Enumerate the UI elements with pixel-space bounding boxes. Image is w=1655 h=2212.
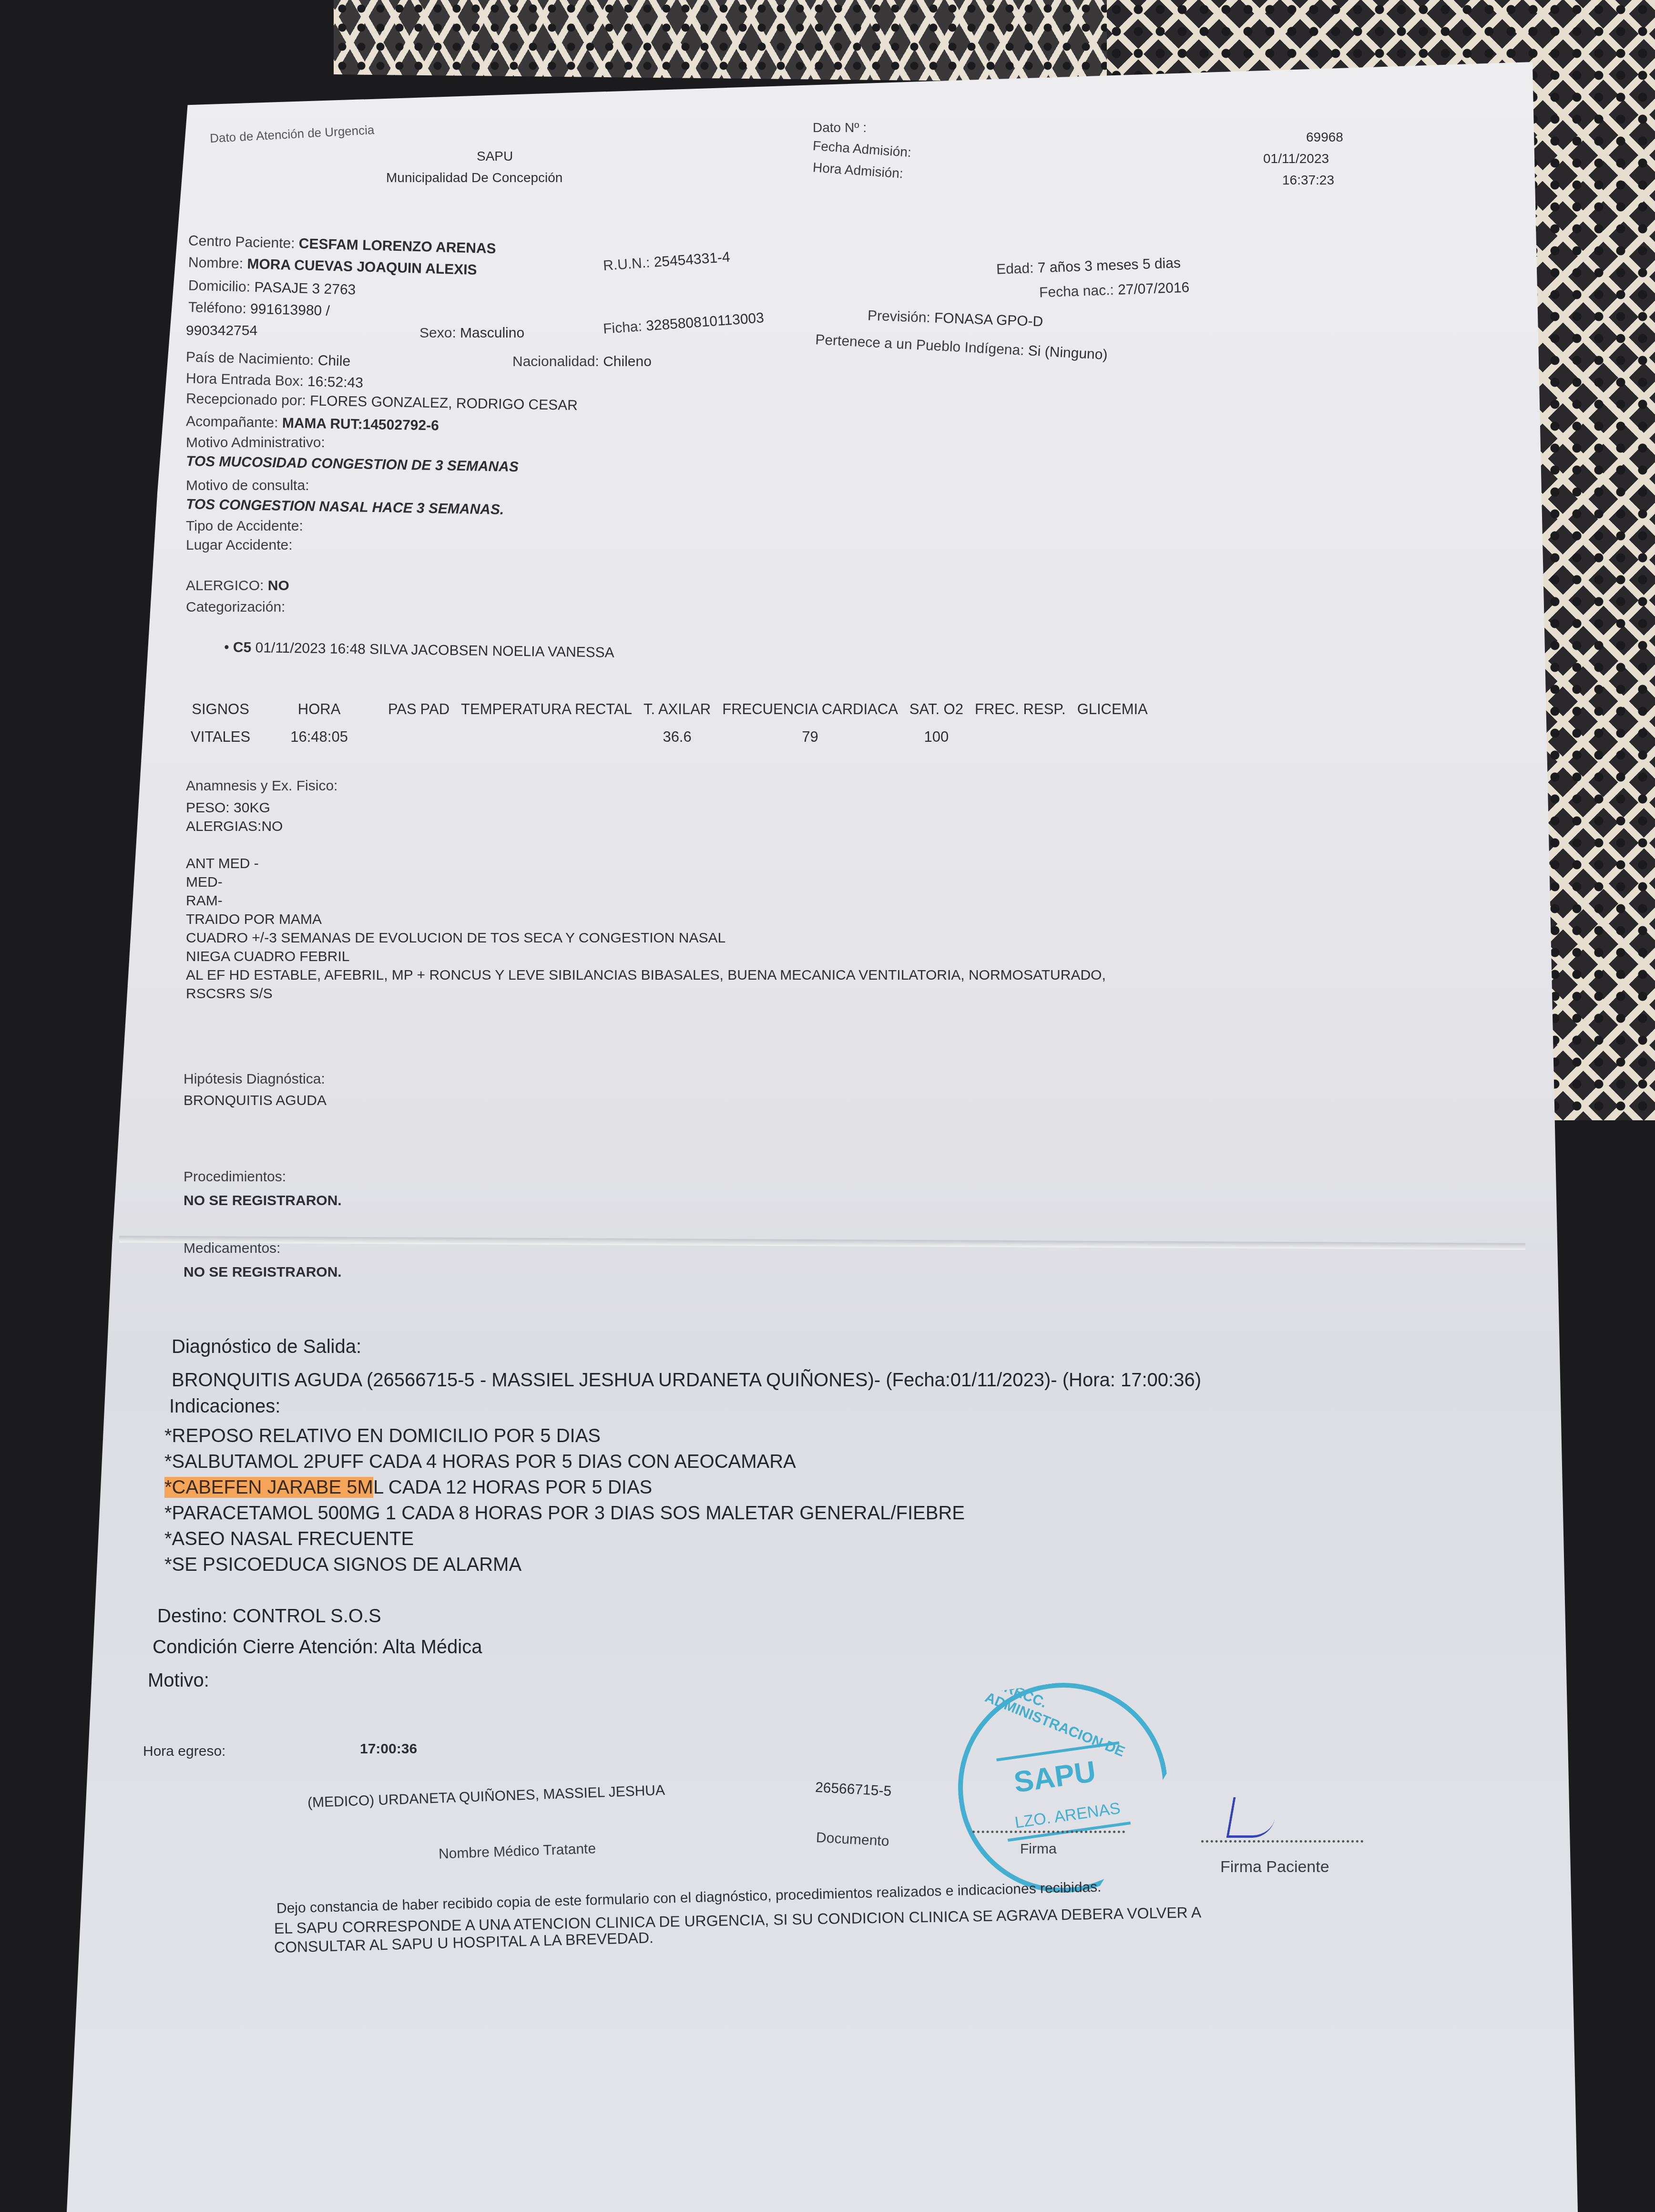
fecha-nac-value: 27/07/2016 <box>1118 280 1190 298</box>
vitals-pad <box>420 728 461 756</box>
vitals-temp-rectal <box>461 728 644 756</box>
highlighted-text: *CABEFEN JARABE 5M <box>164 1477 373 1498</box>
hora-box-label: Hora Entrada Box: <box>186 370 304 389</box>
nombre-label: Nombre: <box>188 255 244 272</box>
hora-box-value: 16:52:43 <box>307 374 364 391</box>
anamnesis-line: RAM- <box>186 891 1106 910</box>
vitals-header: HORA <box>262 701 359 728</box>
ficha-label: Ficha: <box>603 318 643 337</box>
anamnesis-line: PESO: 30KG <box>186 799 1106 817</box>
pais-value: Chile <box>317 353 350 369</box>
telefono-value-1: 991613980 / <box>250 301 330 319</box>
acompanante-value: MAMA RUT:14502792-6 <box>282 415 439 434</box>
vitals-row-label: VITALES <box>191 728 262 756</box>
edad-label: Edad: <box>996 260 1034 277</box>
nacionalidad-label: Nacionalidad: <box>512 354 599 369</box>
vitals-resp-rate <box>975 728 1077 756</box>
vitals-header-row: SIGNOS HORA PAS PAD TEMPERATURA RECTAL T… <box>191 701 1159 728</box>
anamnesis-text: PESO: 30KGALERGIAS:NO ANT MED -MED-RAM-T… <box>186 799 1106 1003</box>
indicacion-item: *REPOSO RELATIVO EN DOMICILIO POR 5 DIAS <box>164 1423 965 1449</box>
condicion-label: Condición Cierre Atención: <box>153 1637 378 1658</box>
fecha-admision-value: 01/11/2023 <box>1263 150 1329 167</box>
firma-line <box>972 1831 1125 1833</box>
vitals-header: GLICEMIA <box>1077 701 1159 728</box>
vitals-glicemia <box>1077 728 1159 756</box>
indicacion-item: *SE PSICOEDUCA SIGNOS DE ALARMA <box>164 1552 965 1577</box>
indicaciones-label: Indicaciones: <box>169 1394 280 1418</box>
hora-egreso-value: 17:00:36 <box>360 1740 417 1758</box>
procedimientos-value: NO SE REGISTRARON. <box>184 1192 342 1210</box>
categorizacion-label: Categorización: <box>186 598 285 616</box>
domicilio-value: PASAJE 3 2763 <box>254 279 356 298</box>
anamnesis-line <box>186 836 1106 854</box>
anamnesis-line: CUADRO +/-3 SEMANAS DE EVOLUCION DE TOS … <box>186 929 1106 947</box>
prevision-label: Previsión: <box>868 308 931 326</box>
destino-value: CONTROL S.O.S <box>233 1606 381 1627</box>
destino-label: Destino: <box>157 1606 227 1627</box>
dato-label: Dato Nº : <box>813 119 867 136</box>
vitals-heart-rate: 79 <box>722 728 909 756</box>
domicilio-label: Domicilio: <box>188 277 251 295</box>
firma-paciente-label: Firma Paciente <box>1220 1857 1329 1877</box>
motivo-admin-label: Motivo Administrativo: <box>186 434 325 452</box>
hora-admision-value: 16:37:23 <box>1282 172 1334 188</box>
salida-value: BRONQUITIS AGUDA (26566715-5 - MASSIEL J… <box>172 1368 1201 1392</box>
anamnesis-label: Anamnesis y Ex. Fisico: <box>186 777 337 795</box>
pueblo-value: Si (Ninguno) <box>1028 343 1108 363</box>
telefono-value-2: 990342754 <box>186 322 257 340</box>
procedimientos-label: Procedimientos: <box>184 1168 286 1186</box>
indicacion-rest: L CADA 12 HORAS POR 5 DIAS <box>373 1477 652 1498</box>
categorizacion-level: C5 <box>233 640 252 656</box>
anamnesis-line: ANT MED - <box>186 854 1106 873</box>
recepcionado-value: FLORES GONZALEZ, RODRIGO CESAR <box>310 393 578 413</box>
pais-label: País de Nacimiento: <box>186 349 314 368</box>
vitals-header: TEMPERATURA RECTAL <box>461 701 644 728</box>
anamnesis-line: AL EF HD ESTABLE, AFEBRIL, MP + RONCUS Y… <box>186 966 1106 984</box>
vitals-header: FRECUENCIA CARDIACA <box>722 701 909 728</box>
vital-signs-table: SIGNOS HORA PAS PAD TEMPERATURA RECTAL T… <box>191 701 1159 756</box>
anamnesis-line: TRAIDO POR MAMA <box>186 910 1106 929</box>
vitals-value-row: VITALES 16:48:05 36.6 79 100 <box>191 728 1159 756</box>
vitals-temp-axilar: 36.6 <box>644 728 722 756</box>
tipo-accidente-label: Tipo de Accidente: <box>186 517 303 535</box>
recepcionado-label: Recepcionado por: <box>186 391 306 409</box>
vitals-sat-o2: 100 <box>909 728 975 756</box>
centro-label: Centro Paciente: <box>188 233 295 252</box>
vitals-header: PAS <box>359 701 420 728</box>
municipality-name: Municipalidad De Concepción <box>386 169 562 186</box>
medicamentos-label: Medicamentos: <box>184 1239 280 1258</box>
vitals-hora: 16:48:05 <box>262 728 359 756</box>
condicion-value: Alta Médica <box>383 1637 482 1658</box>
telefono-label: Teléfono: <box>188 299 247 317</box>
firma-paciente-line <box>1201 1840 1363 1843</box>
indicacion-item-highlighted: *CABEFEN JARABE 5ML CADA 12 HORAS POR 5 … <box>164 1475 965 1500</box>
nacionalidad-value: Chileno <box>603 354 652 369</box>
indicacion-item: *ASEO NASAL FRECUENTE <box>164 1526 965 1552</box>
motivo-label: Motivo: <box>148 1669 209 1692</box>
run-label: R.U.N.: <box>603 255 650 274</box>
motivo-consulta-label: Motivo de consulta: <box>186 477 309 495</box>
anamnesis-line: RSCSRS S/S <box>186 984 1106 1003</box>
indicacion-item: *PARACETAMOL 500MG 1 CADA 8 HORAS POR 3 … <box>164 1500 965 1526</box>
vitals-header: SAT. O2 <box>909 701 975 728</box>
indicaciones-list: *REPOSO RELATIVO EN DOMICILIO POR 5 DIAS… <box>164 1423 965 1577</box>
indicacion-item: *SALBUTAMOL 2PUFF CADA 4 HORAS POR 5 DIA… <box>164 1449 965 1475</box>
vitals-header: PAD <box>420 701 461 728</box>
acompanante-label: Acompañante: <box>186 413 278 430</box>
documento-label: Documento <box>816 1829 889 1850</box>
hipotesis-value: BRONQUITIS AGUDA <box>184 1092 327 1110</box>
hora-egreso-label: Hora egreso: <box>143 1742 225 1761</box>
sexo-label: Sexo: <box>419 325 456 341</box>
vitals-header: T. AXILAR <box>644 701 722 728</box>
alergico-label: ALERGICO: <box>186 578 264 594</box>
anamnesis-line: NIEGA CUADRO FEBRIL <box>186 947 1106 966</box>
fecha-nac-label: Fecha nac.: <box>1039 282 1114 300</box>
dato-value: 69968 <box>1306 129 1343 145</box>
salida-label: Diagnóstico de Salida: <box>172 1335 361 1359</box>
vitals-header: FREC. RESP. <box>975 701 1077 728</box>
lugar-accidente-label: Lugar Accidente: <box>186 536 293 554</box>
edad-value: 7 años 3 meses 5 dias <box>1037 255 1181 276</box>
anamnesis-line: MED- <box>186 873 1106 891</box>
prevision-value: FONASA GPO-D <box>934 310 1043 329</box>
stamp-main-text: SAPU <box>1012 1755 1098 1800</box>
bullet-icon: • <box>224 639 229 655</box>
institution-name: SAPU <box>477 148 513 164</box>
vitals-header: SIGNOS <box>191 701 262 728</box>
categorizacion-value: 01/11/2023 16:48 SILVA JACOBSEN NOELIA V… <box>255 640 614 661</box>
alergico-value: NO <box>268 578 289 594</box>
firma-label: Firma <box>1020 1840 1057 1858</box>
hipotesis-label: Hipótesis Diagnóstica: <box>184 1070 325 1088</box>
anamnesis-line: ALERGIAS:NO <box>186 817 1106 836</box>
vitals-pas <box>359 728 420 756</box>
medicamentos-value: NO SE REGISTRARON. <box>184 1263 342 1281</box>
sexo-value: Masculino <box>460 325 524 341</box>
